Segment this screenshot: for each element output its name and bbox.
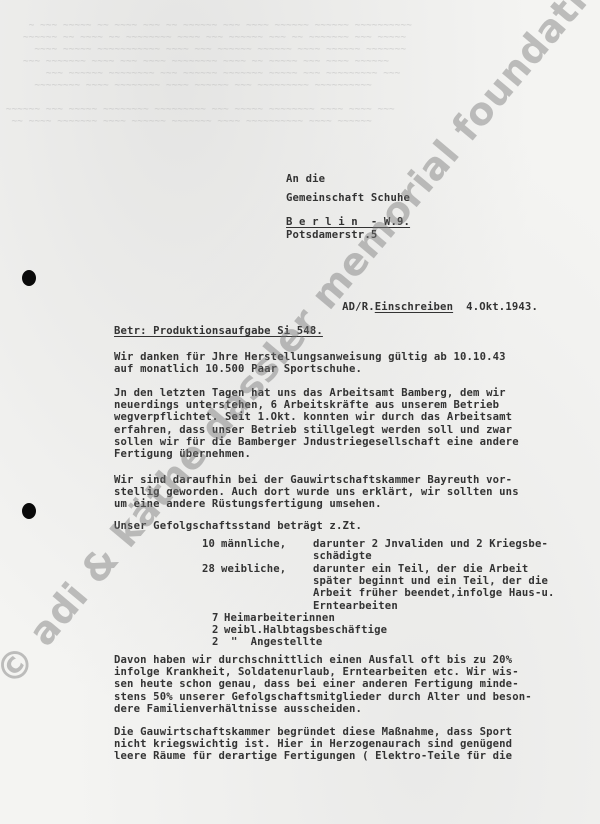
paragraph-5: Davon haben wir durchschnittlich einen A…	[114, 654, 532, 715]
staff-label: männliche,	[221, 538, 286, 550]
punch-hole-bottom	[22, 503, 36, 519]
letter-date: 4.Okt.1943.	[466, 301, 538, 313]
staff-label: weibliche,	[221, 563, 286, 575]
staff-label: " Angestellte	[231, 636, 322, 648]
punch-hole-top	[22, 270, 36, 286]
staff-count: 28	[202, 563, 215, 575]
recipient-line1: An die	[286, 173, 325, 185]
staff-count: 10	[202, 538, 215, 550]
reference-mode: Einschreiben	[375, 301, 453, 313]
paragraph-6: Die Gauwirtschaftskammer begründet diese…	[114, 726, 512, 763]
staff-count: 7	[212, 612, 219, 624]
paragraph-1: Wir danken für Jhre Herstellungsanweisun…	[114, 351, 506, 375]
staff-count: 2	[212, 636, 219, 648]
staff-detail: darunter 2 Jnvaliden und 2 Kriegsbe- sch…	[313, 538, 548, 562]
document-page: ~ ~~~ ~~~~~ ~~ ~~~~ ~~~ ~~ ~~~~~~ ~~~ ~~…	[0, 0, 600, 824]
staff-label: Heimarbeiterinnen	[224, 612, 335, 624]
staff-count: 2	[212, 624, 219, 636]
staff-label: weibl.Halbtagsbeschäftige	[224, 624, 387, 636]
staff-detail: darunter ein Teil, der die Arbeit später…	[313, 563, 555, 612]
